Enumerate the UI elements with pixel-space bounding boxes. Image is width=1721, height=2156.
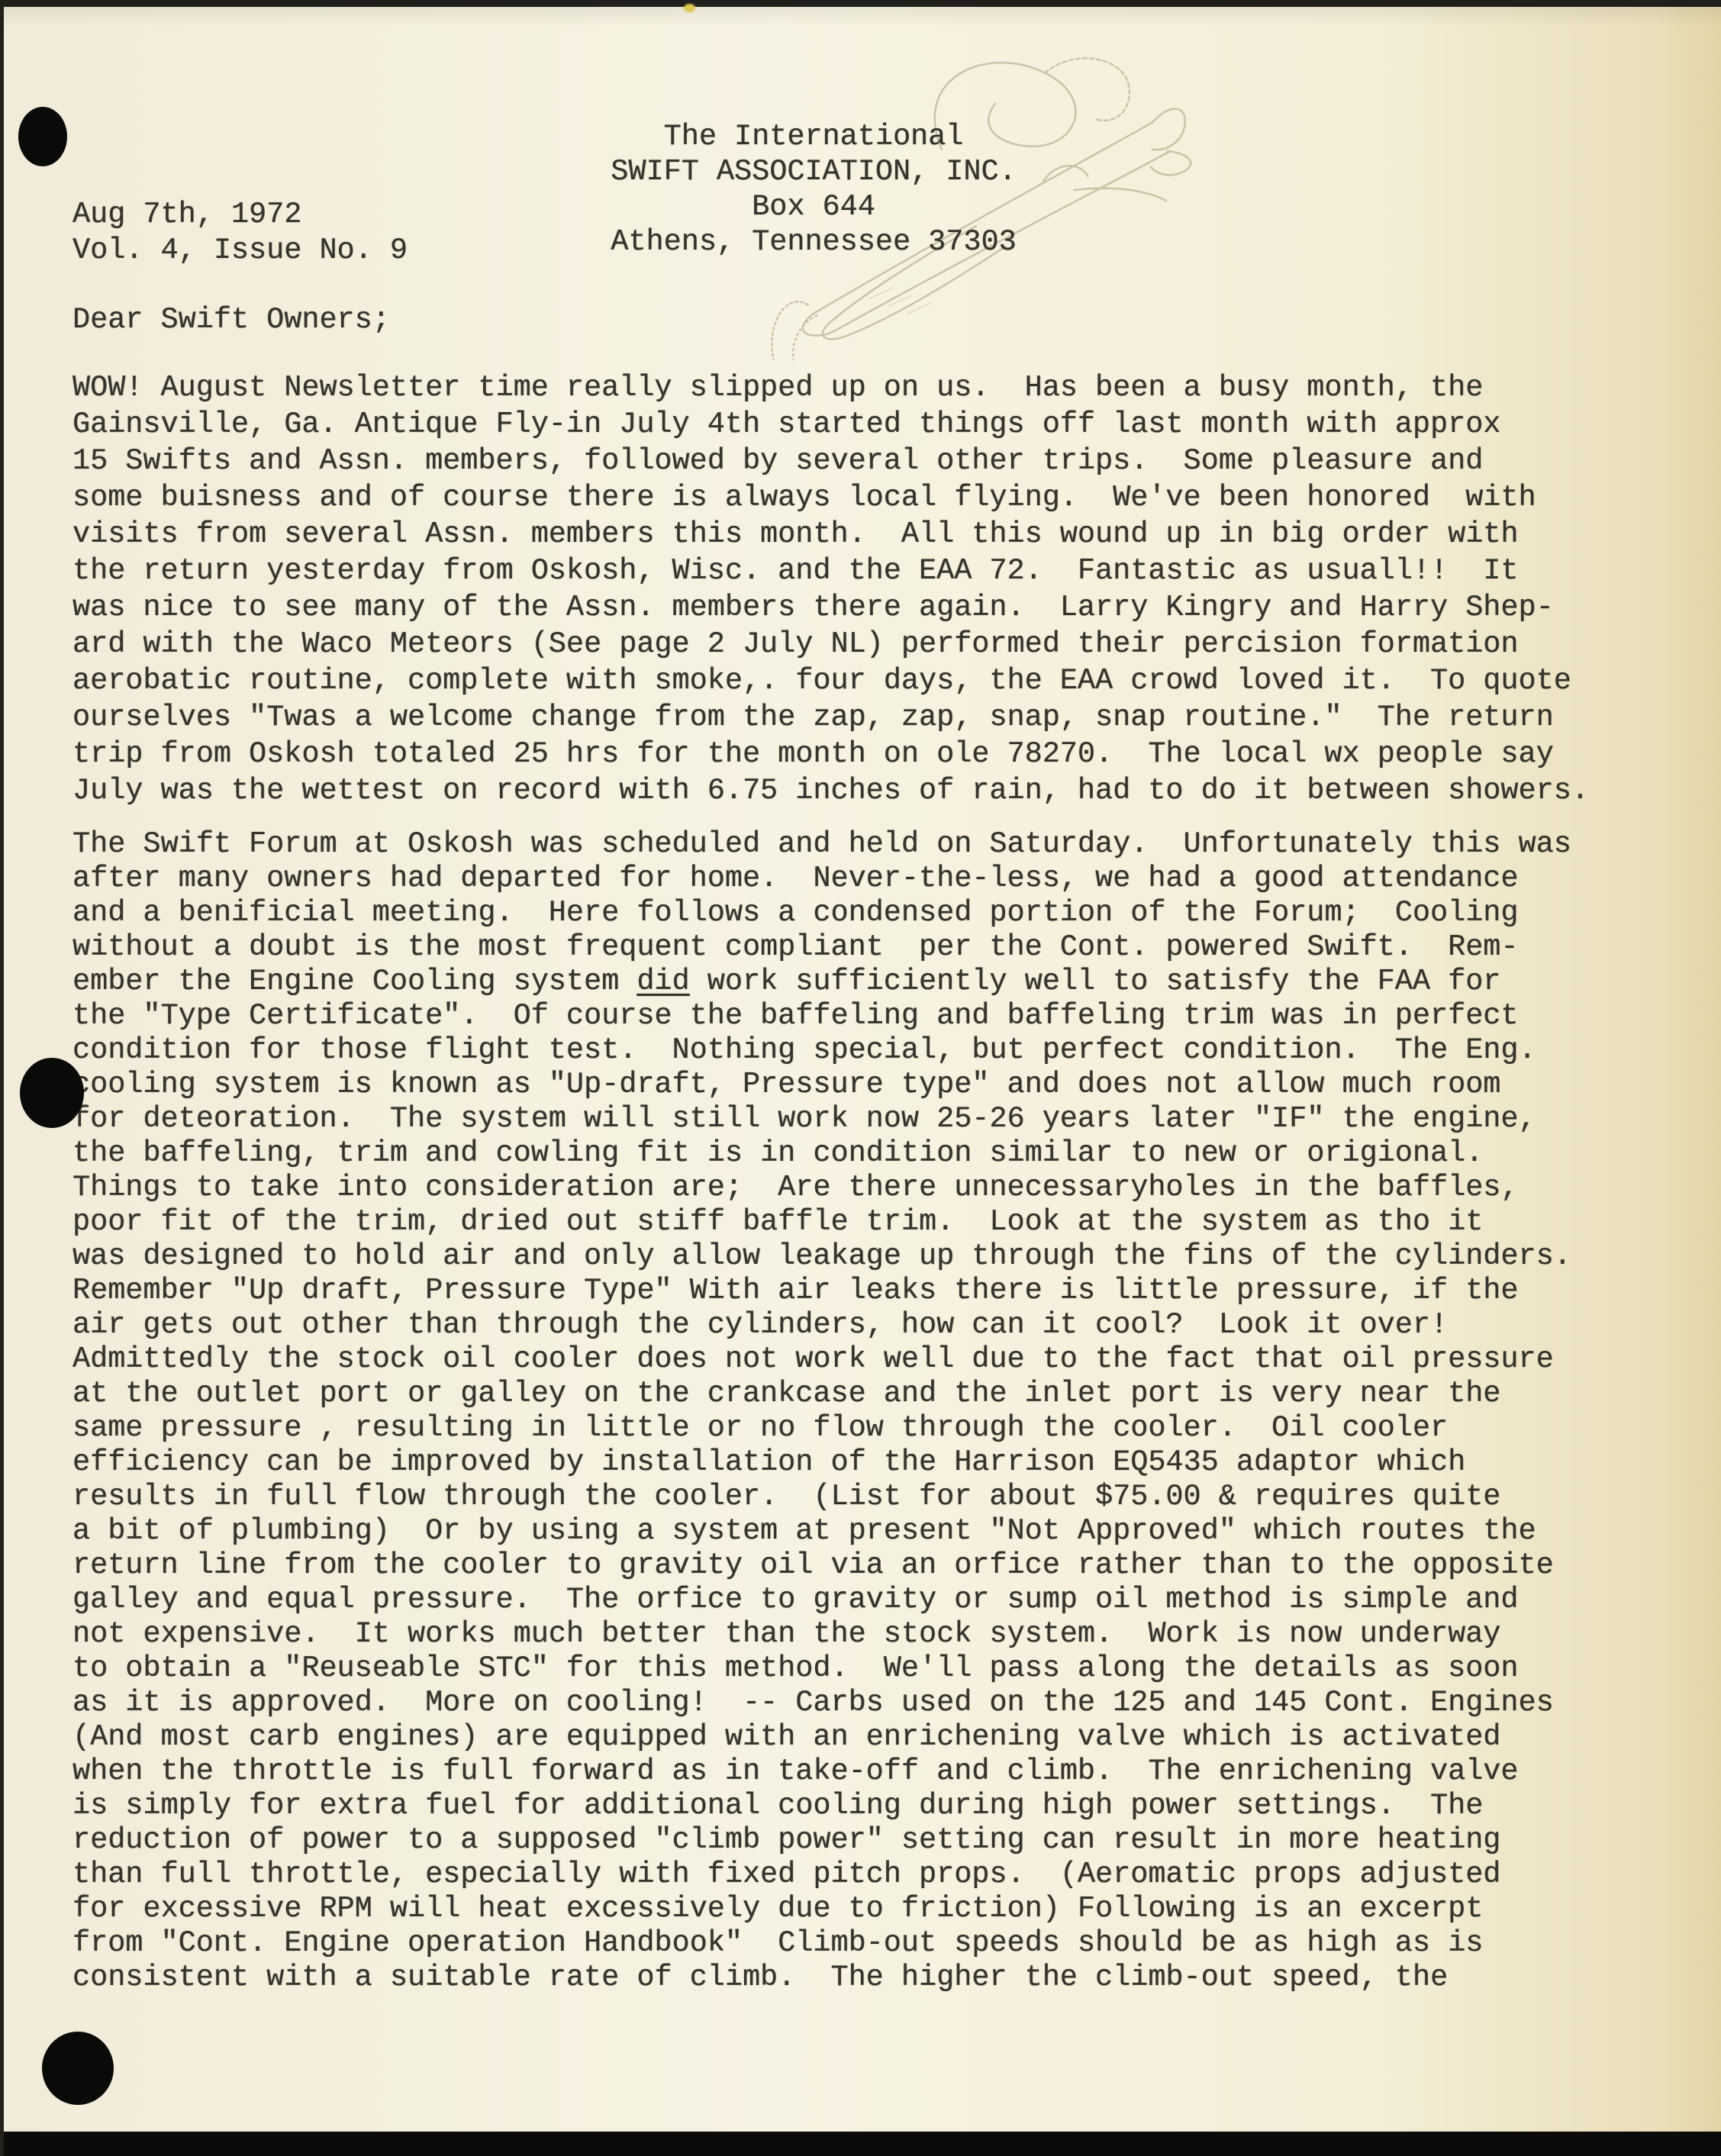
volume-line: Vol. 4, Issue No. 9 xyxy=(73,233,408,269)
hole-punch xyxy=(20,1058,84,1128)
body-line: galley and equal pressure. The orfice to… xyxy=(73,1583,1571,1617)
document-page: The InternationalSWIFT ASSOCIATION, INC.… xyxy=(0,0,1721,2156)
body-line: for deteoration. The system will still w… xyxy=(73,1102,1571,1136)
body-line: to obtain a "Reuseable STC" for this met… xyxy=(73,1652,1571,1686)
hole-punch xyxy=(42,2032,114,2105)
body-line: the return yesterday from Oskosh, Wisc. … xyxy=(73,553,1589,589)
letterhead: The InternationalSWIFT ASSOCIATION, INC.… xyxy=(546,119,1081,259)
letterhead-line: Athens, Tennessee 37303 xyxy=(546,224,1081,259)
body-line: ourselves "Twas a welcome change from th… xyxy=(73,699,1589,736)
dateline: Aug 7th, 1972 Vol. 4, Issue No. 9 xyxy=(73,197,408,269)
body-line: from "Cont. Engine operation Handbook" C… xyxy=(73,1926,1571,1961)
scan-speck xyxy=(684,4,695,12)
body-line: results in full flow through the cooler.… xyxy=(73,1480,1571,1514)
body-line: efficiency can be improved by installati… xyxy=(73,1445,1571,1480)
body-line: was designed to hold air and only allow … xyxy=(73,1239,1571,1274)
body-line: Remember "Up draft, Pressure Type" With … xyxy=(73,1274,1571,1308)
body-line: consistent with a suitable rate of climb… xyxy=(73,1961,1571,1995)
body-line: aerobatic routine, complete with smoke,.… xyxy=(73,662,1589,699)
body-line: as it is approved. More on cooling! -- C… xyxy=(73,1686,1571,1720)
body-line: when the throttle is full forward as in … xyxy=(73,1755,1571,1789)
body-line: July was the wettest on record with 6.75… xyxy=(73,772,1589,809)
body-line: cooling system is known as "Up-draft, Pr… xyxy=(73,1068,1571,1102)
paragraph-1: WOW! August Newsletter time really slipp… xyxy=(73,369,1589,809)
scan-edge-top xyxy=(0,0,1721,7)
body-line: is simply for extra fuel for additional … xyxy=(73,1789,1571,1823)
letterhead-line: Box 644 xyxy=(546,189,1081,224)
scan-edge-left xyxy=(0,0,4,2156)
body-line: the "Type Certificate". Of course the ba… xyxy=(73,999,1571,1033)
body-line: 15 Swifts and Assn. members, followed by… xyxy=(73,443,1589,479)
body-line: than full throttle, especially with fixe… xyxy=(73,1858,1571,1892)
body-line: condition for those flight test. Nothing… xyxy=(73,1033,1571,1068)
salutation: Dear Swift Owners; xyxy=(73,302,390,337)
body-line: was nice to see many of the Assn. member… xyxy=(73,589,1589,626)
hole-punch xyxy=(18,107,67,166)
body-line: Things to take into consideration are; A… xyxy=(73,1171,1571,1205)
scan-edge-bottom xyxy=(0,2132,1721,2156)
letterhead-line: The International xyxy=(546,119,1081,154)
body-line: after many owners had departed for home.… xyxy=(73,862,1571,896)
body-line: at the outlet port or galley on the cran… xyxy=(73,1377,1571,1411)
body-line: ard with the Waco Meteors (See page 2 Ju… xyxy=(73,626,1589,662)
body-line: Gainsville, Ga. Antique Fly-in July 4th … xyxy=(73,406,1589,443)
letterhead-line: SWIFT ASSOCIATION, INC. xyxy=(546,154,1081,189)
body-line: return line from the cooler to gravity o… xyxy=(73,1549,1571,1583)
underlined-word: did xyxy=(637,965,689,998)
body-line: visits from several Assn. members this m… xyxy=(73,516,1589,553)
body-line: The Swift Forum at Oskosh was scheduled … xyxy=(73,827,1571,862)
paragraph-2: The Swift Forum at Oskosh was scheduled … xyxy=(73,827,1571,1995)
body-line: (And most carb engines) are equipped wit… xyxy=(73,1720,1571,1755)
body-line: same pressure , resulting in little or n… xyxy=(73,1411,1571,1445)
body-line: and a benificial meeting. Here follows a… xyxy=(73,896,1571,930)
body-line: poor fit of the trim, dried out stiff ba… xyxy=(73,1205,1571,1239)
body-line: WOW! August Newsletter time really slipp… xyxy=(73,369,1589,406)
body-line: ember the Engine Cooling system did work… xyxy=(73,965,1571,999)
body-line: a bit of plumbing) Or by using a system … xyxy=(73,1514,1571,1549)
body-line: for excessive RPM will heat excessively … xyxy=(73,1892,1571,1926)
body-line: the baffeling, trim and cowling fit is i… xyxy=(73,1136,1571,1171)
body-line: Admittedly the stock oil cooler does not… xyxy=(73,1342,1571,1377)
body-line: without a doubt is the most frequent com… xyxy=(73,930,1571,965)
body-line: reduction of power to a supposed "climb … xyxy=(73,1823,1571,1858)
date-line: Aug 7th, 1972 xyxy=(73,197,408,233)
body-line: air gets out other than through the cyli… xyxy=(73,1308,1571,1342)
body-line: not expensive. It works much better than… xyxy=(73,1617,1571,1652)
body-line: trip from Oskosh totaled 25 hrs for the … xyxy=(73,736,1589,772)
body-line: some buisness and of course there is alw… xyxy=(73,479,1589,516)
